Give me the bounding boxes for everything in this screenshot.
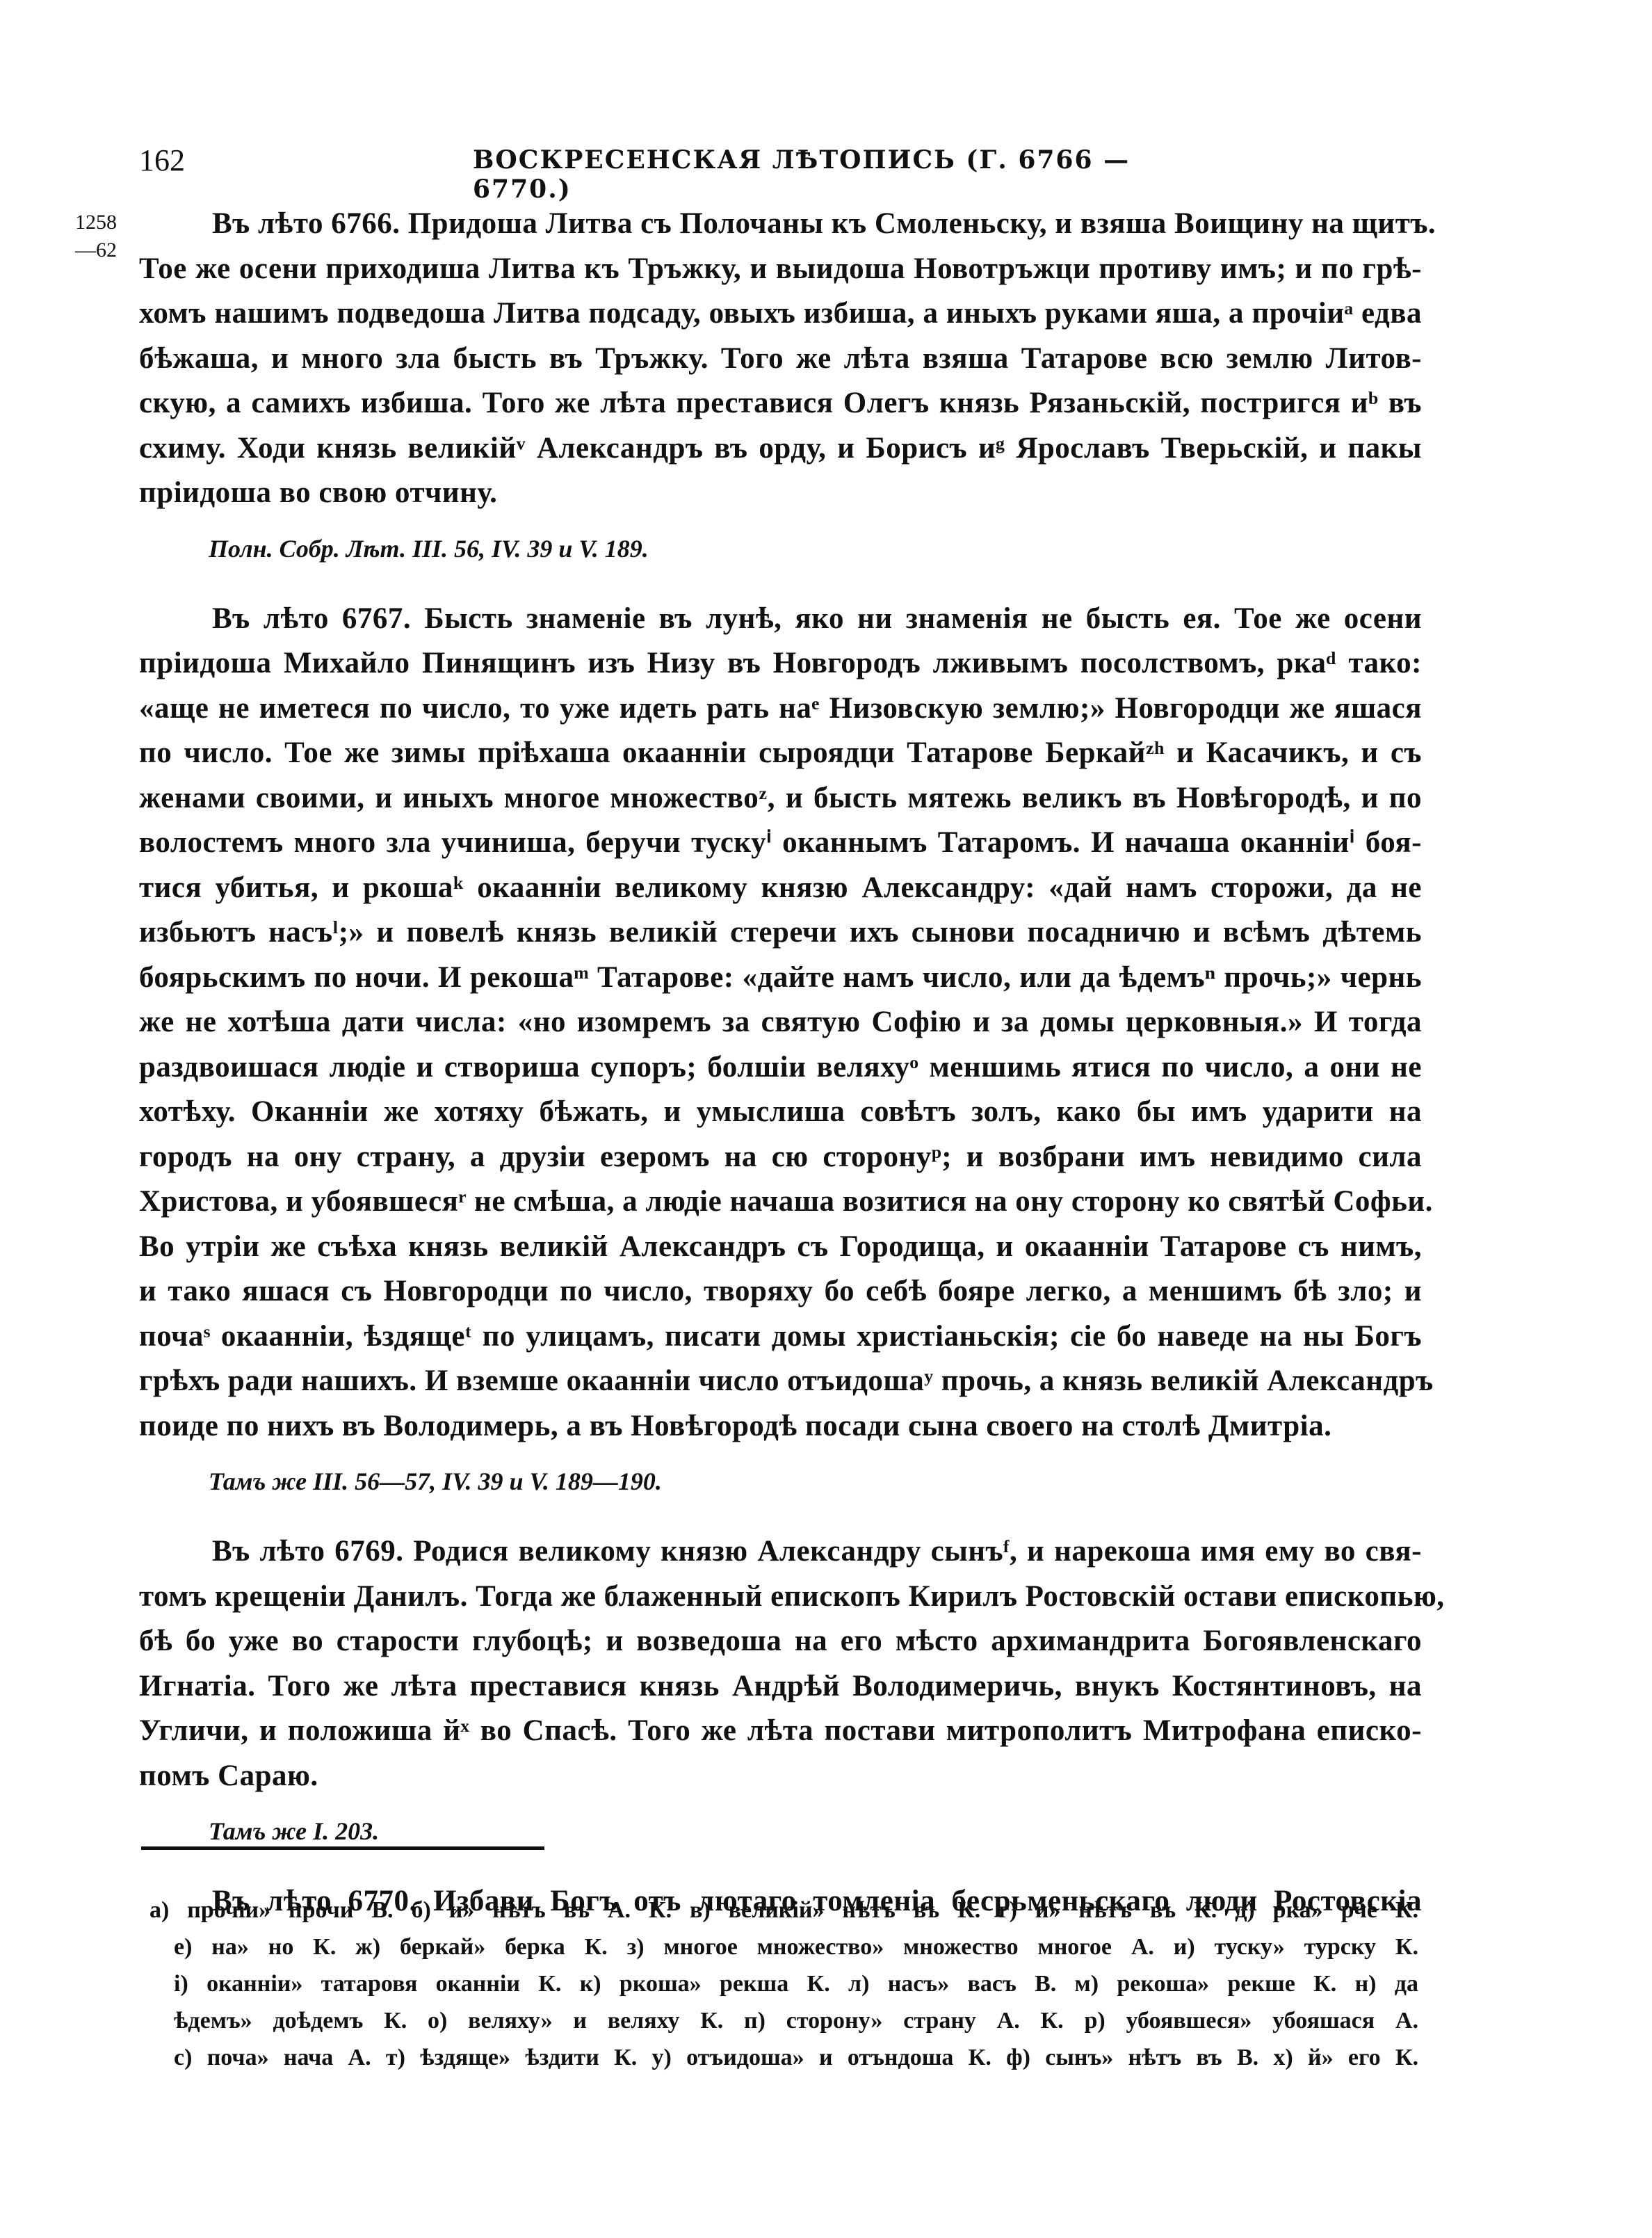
text-line: раздвоишася людіе и створиша супоръ; бол… (139, 1045, 1422, 1090)
text-line: поиде по нихъ въ Володимерь, а въ Новѣго… (139, 1404, 1422, 1449)
text-line: помъ Сараю. (139, 1754, 1422, 1799)
page-header: 162 ВОСКРЕСЕНСКАЯ ЛѢТОПИСЬ (Г. 6766 — 67… (139, 143, 1203, 184)
margin-year-start: 1258 (75, 209, 117, 236)
text-line: хотѣху. Оканніи же хотяху бѣжать, и умыс… (139, 1090, 1422, 1135)
text-line: бѣжаша, и много зла бысть въ Тръжку. Тог… (139, 337, 1422, 382)
text-line: и тако яшася съ Новгородци по число, тво… (139, 1269, 1422, 1314)
text-line: волостемъ много зла учиниша, беручи туск… (139, 821, 1422, 866)
text-line: грѣхъ ради нашихъ. И вземше окаанніи чис… (139, 1359, 1422, 1404)
text-line: женами своими, и иныхъ многое множествоᶻ… (139, 776, 1422, 821)
page-number: 162 (139, 143, 185, 178)
source-citation: Тамъ же III. 56—57, IV. 39 и V. 189—190. (209, 1467, 1422, 1496)
footnote-line: і) оканніи» татаровя оканніи К. к) ркоша… (174, 1965, 1418, 2002)
text-line: пріидоша Михайло Пинящинъ изъ Низу въ Но… (139, 641, 1422, 686)
text-line: скую, а самихъ избиша. Того же лѣта прес… (139, 381, 1422, 426)
text-line: пріидоша во свою отчину. (139, 471, 1422, 516)
text-line: Угличи, и положиша йˣ во Спасѣ. Того же … (139, 1709, 1422, 1754)
source-citation: Тамъ же I. 203. (209, 1817, 1422, 1846)
text-line: по число. Тое же зимы пріѣхаша окаанніи … (139, 731, 1422, 776)
text-line: Игнатіа. Того же лѣта преставися князь А… (139, 1664, 1422, 1709)
text-line: Христова, и убоявшесяʳ не смѣша, а людіе… (139, 1180, 1422, 1225)
footnote-line: а) прочіи» прочи В. б) и» нѣтъ въ А. К. … (149, 1892, 1418, 1929)
footnote-divider (141, 1846, 544, 1850)
text-line: тися убитья, и ркошаᵏ окаанніи великому … (139, 866, 1422, 911)
margin-year-note: 1258 —62 (75, 209, 117, 264)
text-line: «аще не иметеся по число, то уже идеть р… (139, 686, 1422, 732)
text-line: боярьскимъ по ночи. И рекошаᵐ Татарове: … (139, 956, 1422, 1001)
margin-year-end: —62 (75, 236, 117, 264)
text-line: же не хотѣша дати числа: «но изомремъ за… (139, 1000, 1422, 1045)
footnote-line: е) на» но К. ж) беркай» берка К. з) мног… (174, 1929, 1418, 1965)
footnote-line: ѣдемъ» доѣдемъ К. о) веляху» и веляху К.… (174, 2002, 1418, 2039)
entry-6766: Въ лѣто 6766. Придоша Литва съ Полочаны … (139, 202, 1422, 516)
footnote-line: с) поча» нача А. т) ѣздяще» ѣздити К. у)… (174, 2039, 1418, 2076)
text-line: Въ лѣто 6766. Придоша Литва съ Полочаны … (139, 202, 1422, 247)
text-line: Тое же осени приходиша Литва къ Тръжку, … (139, 247, 1422, 292)
text-line: схиму. Ходи князь великійᵛ Александръ въ… (139, 426, 1422, 472)
text-line: хомъ нашимъ подведоша Литва подсаду, овы… (139, 291, 1422, 337)
text-line: томъ крещеніи Данилъ. Тогда же блаженный… (139, 1575, 1422, 1620)
source-citation: Полн. Собр. Лѣт. III. 56, IV. 39 и V. 18… (209, 534, 1422, 563)
book-page: 162 ВОСКРЕСЕНСКАЯ ЛѢТОПИСЬ (Г. 6766 — 67… (0, 0, 1652, 2238)
footnotes: а) прочіи» прочи В. б) и» нѣтъ въ А. К. … (174, 1892, 1418, 2076)
text-line: городъ на ону страну, а друзіи езеромъ н… (139, 1135, 1422, 1180)
entry-6769: Въ лѣто 6769. Родися великому князю Алек… (139, 1529, 1422, 1798)
text-line: Въ лѣто 6769. Родися великому князю Алек… (139, 1529, 1422, 1575)
entry-6767: Въ лѣто 6767. Бысть знаменіе въ лунѣ, як… (139, 597, 1422, 1449)
text-line: Въ лѣто 6767. Бысть знаменіе въ лунѣ, як… (139, 597, 1422, 642)
running-title: ВОСКРЕСЕНСКАЯ ЛѢТОПИСЬ (Г. 6766 — 6770.) (473, 145, 1203, 204)
text-line: почаˢ окаанніи, ѣздящеᵗ по улицамъ, писа… (139, 1314, 1422, 1360)
text-line: избьютъ насъˡ;» и повелѣ князь великій с… (139, 910, 1422, 956)
main-text: Въ лѣто 6766. Придоша Литва съ Полочаны … (139, 202, 1422, 1924)
text-line: бѣ бо уже во старости глубоцѣ; и возведо… (139, 1619, 1422, 1664)
text-line: Во утріи же съѣха князь великій Александ… (139, 1225, 1422, 1270)
